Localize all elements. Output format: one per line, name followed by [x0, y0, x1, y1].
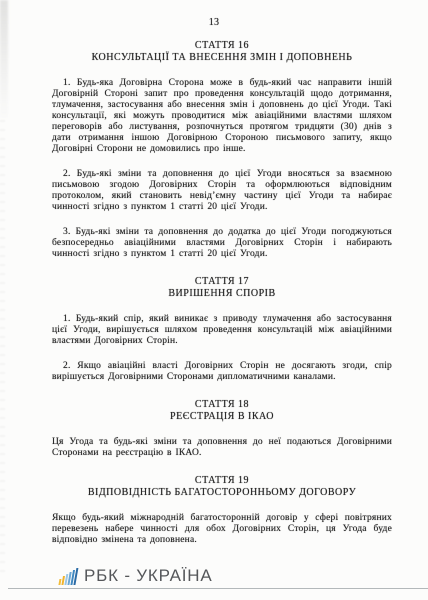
article-section: СТАТТЯ 17ВИРІШЕННЯ СПОРІВ1. Будь-який сп…: [52, 276, 392, 383]
page-number: 13: [0, 0, 428, 28]
article-title: СТАТТЯ 18: [52, 399, 392, 411]
article-section: СТАТТЯ 16КОНСУЛЬТАЦІЇ ТА ВНЕСЕННЯ ЗМІН І…: [52, 40, 392, 260]
document-body: СТАТТЯ 16КОНСУЛЬТАЦІЇ ТА ВНЕСЕННЯ ЗМІН І…: [52, 40, 392, 546]
rbc-bar-chart-icon: [58, 567, 78, 585]
article-title: СТАТТЯ 19: [52, 475, 392, 487]
article-subtitle: ВІДПОВІДНІСТЬ БАГАТОСТОРОННЬОМУ ДОГОВОРУ: [52, 487, 392, 499]
rbc-ukraine-logo: РБК - УКРАЇНА: [60, 567, 213, 585]
article-paragraph: 2. Будь-які зміни та доповнення до цієї …: [52, 169, 392, 213]
article-title: СТАТТЯ 17: [52, 276, 392, 288]
article-subtitle: ВИРІШЕННЯ СПОРІВ: [52, 288, 392, 300]
article-paragraph: Якщо будь-який міжнародній багатосторонн…: [52, 513, 392, 546]
footer-divider-line: [8, 588, 428, 589]
scan-artifact-left-strip: [0, 120, 5, 572]
article-title: СТАТТЯ 16: [52, 40, 392, 52]
scanned-document-page: 13 СТАТТЯ 16КОНСУЛЬТАЦІЇ ТА ВНЕСЕННЯ ЗМІ…: [0, 0, 428, 600]
article-paragraph: Ця Угода та будь-які зміни та доповнення…: [52, 437, 392, 459]
article-paragraph: 1. Будь-який спір, який виникає з привод…: [52, 314, 392, 347]
article-section: СТАТТЯ 19ВІДПОВІДНІСТЬ БАГАТОСТОРОННЬОМУ…: [52, 475, 392, 546]
article-paragraph: 3. Будь-які зміни та доповнення до додат…: [52, 227, 392, 260]
article-paragraph: 1. Будь-яка Договірна Сторона може в буд…: [52, 78, 392, 155]
article-paragraph: 2. Якщо авіаційні власті Договірних Стор…: [52, 361, 392, 383]
article-subtitle: РЕЄСТРАЦІЯ В ІКАО: [52, 411, 392, 423]
article-subtitle: КОНСУЛЬТАЦІЇ ТА ВНЕСЕННЯ ЗМІН І ДОПОВНЕН…: [52, 52, 392, 64]
rbc-logo-text: РБК - УКРАЇНА: [84, 567, 213, 585]
article-section: СТАТТЯ 18РЕЄСТРАЦІЯ В ІКАОЦя Угода та бу…: [52, 399, 392, 459]
